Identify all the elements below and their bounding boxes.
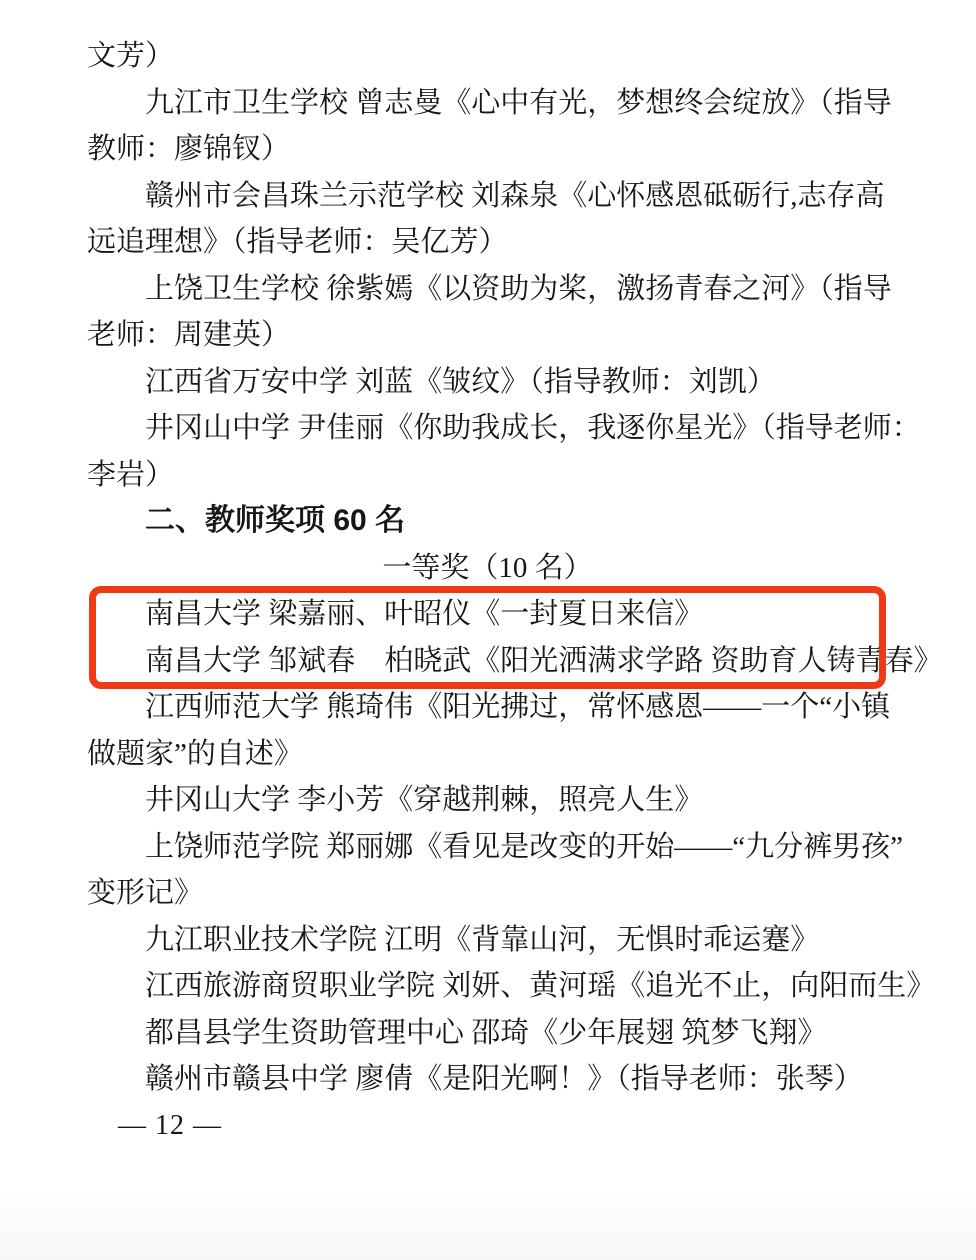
text-line: 赣州市赣县中学 廖倩《是阳光啊！》（指导老师：张琴） — [87, 1056, 888, 1103]
highlighted-entry-line: 南昌大学 邹斌春 柏晓武《阳光洒满求学路 资助育人铸青春》 — [87, 638, 888, 685]
text-line: 变形记》 — [87, 870, 888, 917]
page-text: 文芳） 九江市卫生学校 曾志曼《心中有光，梦想终会绽放》（指导 教师：廖锦钗） … — [87, 33, 888, 1149]
text-line: 井冈山中学 尹佳丽《你助我成长，我逐你星光》（指导老师： — [87, 405, 888, 452]
text-line: 教师：廖锦钗） — [87, 126, 888, 173]
highlighted-entry-line: 南昌大学 梁嘉丽、叶昭仪《一封夏日来信》 — [87, 591, 888, 638]
text-line: 李岩） — [87, 452, 888, 499]
text-line: 井冈山大学 李小芳《穿越荆棘，照亮人生》 — [87, 777, 888, 824]
page-number: — 12 — — [87, 1103, 888, 1150]
text-line: 老师：周建英） — [87, 312, 888, 359]
text-line: 做题家”的自述》 — [87, 731, 888, 778]
text-line: 九江市卫生学校 曾志曼《心中有光，梦想终会绽放》（指导 — [87, 80, 888, 127]
text-line: 江西旅游商贸职业学院 刘妍、黄河瑶《追光不止，向阳而生》 — [87, 963, 888, 1010]
text-line: 远追理想》（指导老师：吴亿芳） — [87, 219, 888, 266]
text-line: 江西省万安中学 刘蓝《皱纹》（指导教师：刘凯） — [87, 359, 888, 406]
document-page: 文芳） 九江市卫生学校 曾志曼《心中有光，梦想终会绽放》（指导 教师：廖锦钗） … — [0, 0, 976, 1260]
prize-level-heading: 一等奖（10 名） — [87, 545, 888, 592]
text-line: 上饶师范学院 郑丽娜《看见是改变的开始——“九分裤男孩” — [87, 824, 888, 871]
text-line: 江西师范大学 熊琦伟《阳光拂过，常怀感恩——一个“小镇 — [87, 684, 888, 731]
bottom-fade — [0, 1190, 976, 1260]
text-line: 文芳） — [87, 33, 888, 80]
text-line: 九江职业技术学院 江明《背靠山河，无惧时乖运蹇》 — [87, 917, 888, 964]
section-heading: 二、教师奖项 60 名 — [87, 498, 888, 545]
text-line: 都昌县学生资助管理中心 邵琦《少年展翅 筑梦飞翔》 — [87, 1010, 888, 1057]
text-line: 上饶卫生学校 徐紫嫣《以资助为桨，激扬青春之河》（指导 — [87, 266, 888, 313]
text-line: 赣州市会昌珠兰示范学校 刘森泉《心怀感恩砥砺行,志存高 — [87, 173, 888, 220]
